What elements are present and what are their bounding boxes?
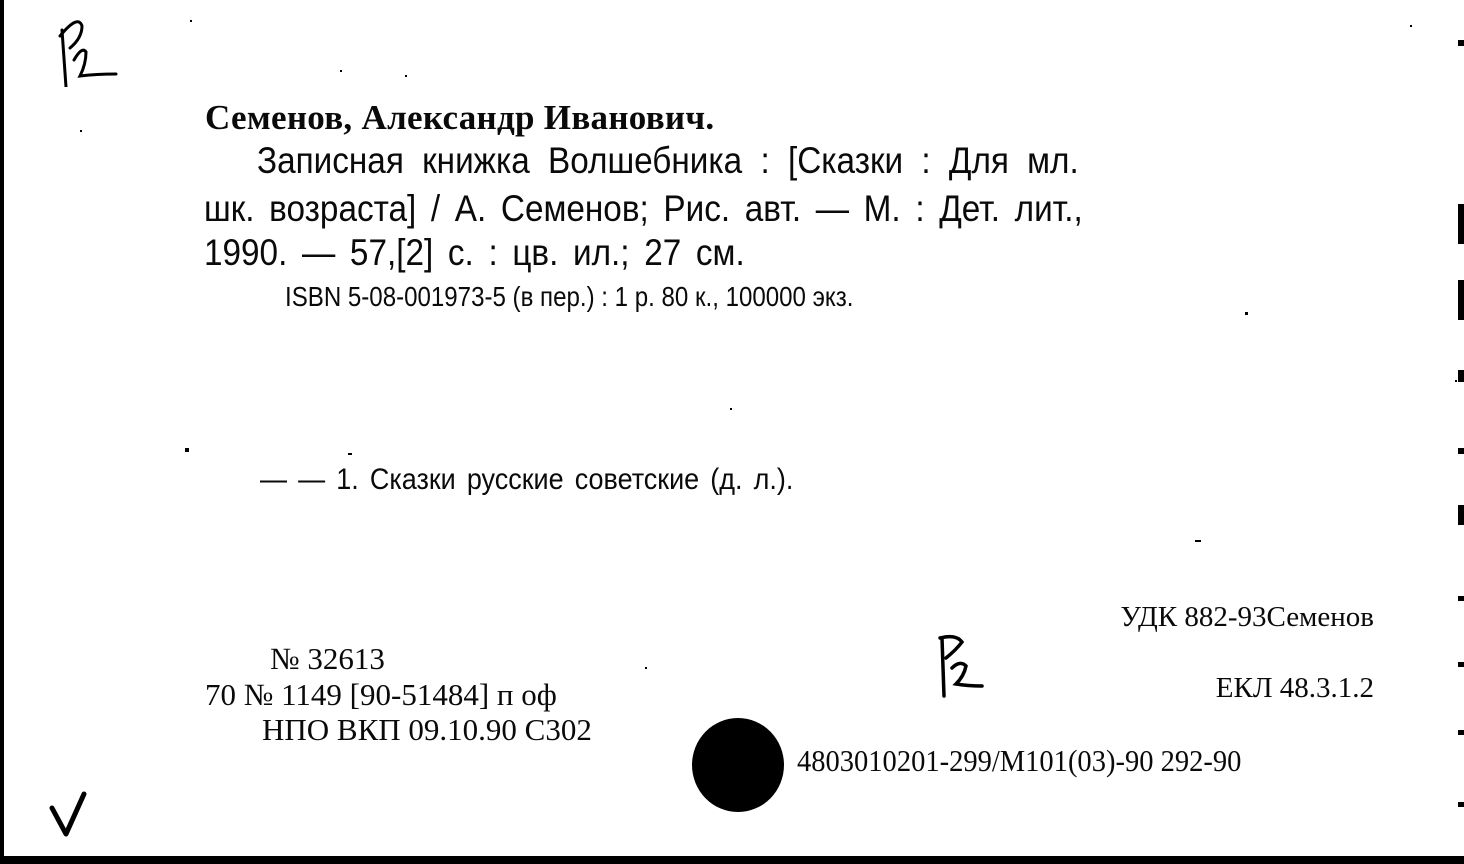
title-line-3: 1990. — 57,[2] с. : цв. ил.; 27 см.	[204, 234, 745, 271]
author-heading: Семенов, Александр Иванович.	[205, 100, 714, 135]
card-bottom-border	[0, 856, 1464, 864]
imprint-number: № 32613	[270, 643, 385, 674]
imprint-org-date: НПО ВКП 09.10.90 С302	[262, 714, 592, 745]
udc-classification: УДК 882-93Семенов	[1120, 603, 1374, 632]
isbn-line: ISBN 5-08-001973-5 (в пер.) : 1 р. 80 к.…	[285, 283, 853, 311]
title-line-2: шк. возраста] / А. Семенов; Рис. авт. — …	[204, 190, 1083, 227]
handwritten-shelfmark-top-icon	[52, 12, 122, 87]
handwritten-checkmark-icon	[48, 788, 92, 840]
publication-code: 4803010201-299/М101(03)-90 292-90	[797, 745, 1241, 776]
title-line-1: Записная книжка Волшебника : [Сказки : Д…	[257, 142, 1079, 179]
library-catalog-card: Семенов, Александр Иванович. Записная кн…	[0, 0, 1464, 864]
handwritten-shelfmark-middle-icon	[934, 628, 994, 698]
imprint-order: 70 № 1149 [90-51484] п оф	[205, 679, 557, 710]
ekl-classification: ЕКЛ 48.3.1.2	[1216, 674, 1374, 703]
subject-heading: — — 1. Сказки русские советские (д. л.).	[260, 465, 793, 495]
punched-hole-icon	[692, 718, 784, 812]
right-edge-marks	[1456, 0, 1464, 864]
card-left-border	[0, 0, 4, 864]
